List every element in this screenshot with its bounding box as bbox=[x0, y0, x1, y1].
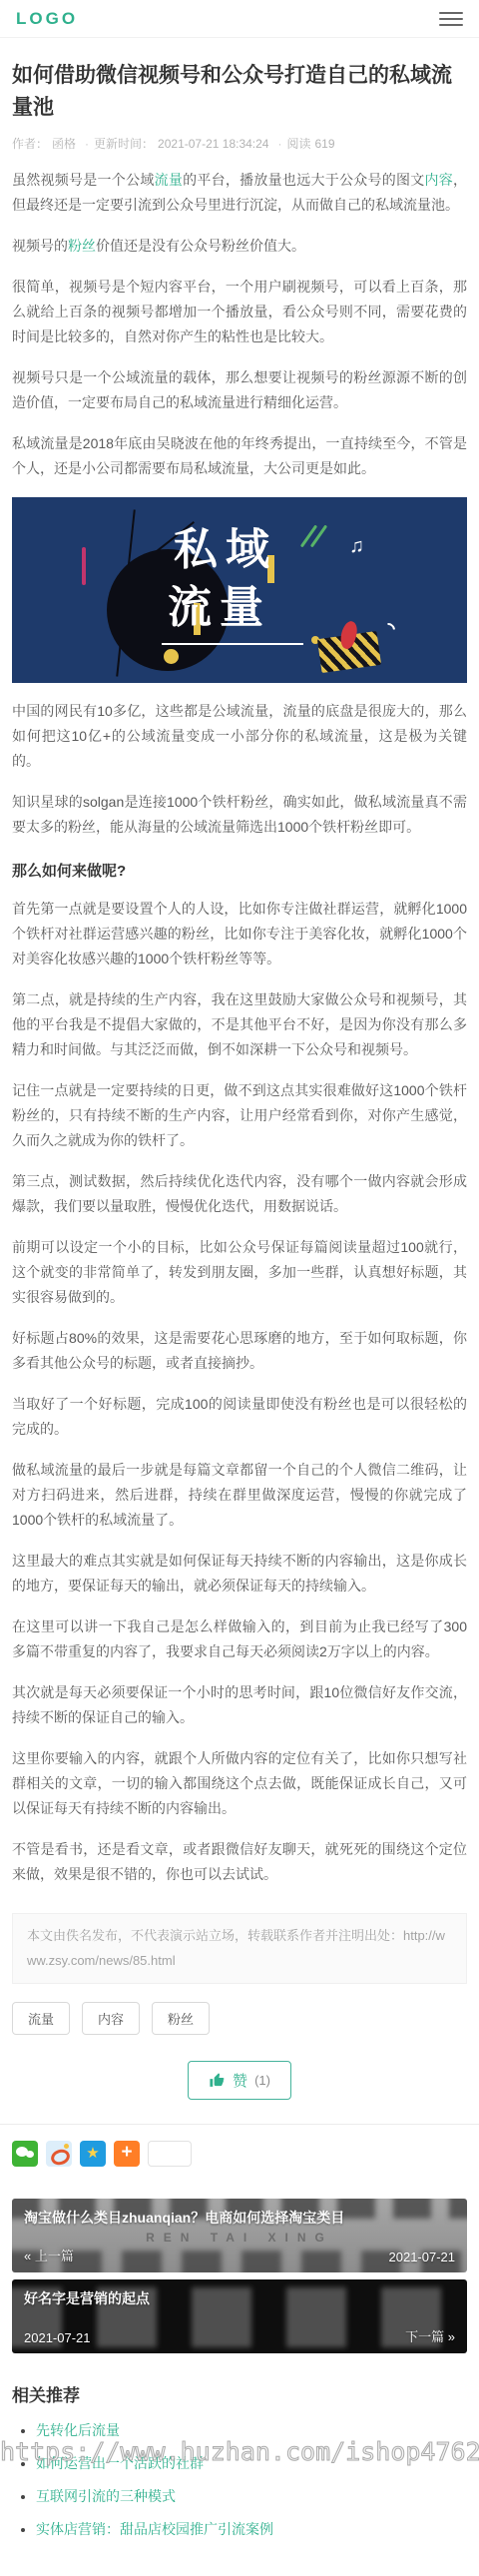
related-link[interactable]: 互联网引流的三种模式 bbox=[36, 2488, 176, 2504]
weibo-icon[interactable] bbox=[46, 2141, 72, 2167]
text-run: 前期可以设定一个小的目标，比如公众号保证每篇阅读量超过100就行，这个就变的非常… bbox=[12, 1239, 467, 1305]
tag-button[interactable]: 内容 bbox=[82, 2002, 140, 2035]
inline-keyword-link[interactable]: 粉丝 bbox=[68, 238, 96, 254]
hero-title-line2: 流量 bbox=[168, 571, 271, 635]
share-bar bbox=[0, 2125, 479, 2185]
next-article-nav[interactable]: 下一篇 » bbox=[405, 2326, 455, 2345]
menu-hamburger-icon[interactable] bbox=[439, 8, 463, 30]
list-item: 互联网引流的三种模式 bbox=[36, 2486, 467, 2506]
text-run: 价值还是没有公众号粉丝价值大。 bbox=[96, 238, 305, 254]
hero-underline-decoration bbox=[162, 643, 303, 645]
read-count: 619 bbox=[315, 137, 335, 151]
related-heading: 相关推荐 bbox=[12, 2381, 467, 2406]
inline-keyword-link[interactable]: 内容 bbox=[425, 172, 454, 188]
prev-article-date: 2021-07-21 bbox=[389, 2250, 456, 2264]
meta-dot: · bbox=[85, 137, 89, 151]
hero-arc-decoration bbox=[378, 620, 398, 640]
text-run: 记住一点就是一定要持续的日更，做不到这点其实很难做好这1000个铁杆粉丝的，只有… bbox=[12, 1082, 467, 1148]
text-run: 视频号的 bbox=[12, 238, 68, 254]
related-list: 先转化后流量如何运营出一个活跃的社群互联网引流的三种模式实体店营销：甜品店校园推… bbox=[12, 2420, 467, 2539]
text-run: 中国的网民有10多亿，这些都是公域流量，流量的底盘是很庞大的，那么如何把这10亿… bbox=[12, 703, 467, 769]
qzone-icon[interactable] bbox=[80, 2141, 106, 2167]
article-paragraph: 记住一点就是一定要持续的日更，做不到这点其实很难做好这1000个铁杆粉丝的，只有… bbox=[12, 1078, 467, 1153]
text-run: 其次就是每天必须要保证一个小时的思考时间，跟10位微信好友作交流，持续不断的保证… bbox=[12, 1684, 467, 1725]
update-time: 2021-07-21 18:34:24 bbox=[158, 137, 268, 151]
text-run: 知识星球的solgan是连接1000个铁杆粉丝，确实如此，做私域流量真不需要太多… bbox=[12, 794, 467, 835]
article-paragraph: 第二点，就是持续的生产内容，我在这里鼓励大家做公众号和视频号，其他的平台我是不提… bbox=[12, 987, 467, 1062]
article-paragraph: 中国的网民有10多亿，这些都是公域流量，流量的底盘是很庞大的，那么如何把这10亿… bbox=[12, 699, 467, 774]
prev-article-card[interactable]: REN TAI XING 淘宝做什么类目zhuanqian？电商如何选择淘宝类目… bbox=[12, 2199, 467, 2272]
related-link[interactable]: 实体店营销：甜品店校园推广引流案例 bbox=[36, 2521, 273, 2537]
text-run: 私域流量是2018年底由吴晓波在他的年终秀提出，一直持续至今，不管是个人，还是小… bbox=[12, 435, 467, 476]
wechat-icon[interactable] bbox=[12, 2141, 38, 2167]
prev-article-title: 淘宝做什么类目zhuanqian？电商如何选择淘宝类目 bbox=[24, 2208, 455, 2228]
text-run: 不管是看书，还是看文章，或者跟微信好友聊天，就死死的围绕这个定位来做，效果是很不… bbox=[12, 1841, 467, 1882]
read-label: 阅读 bbox=[286, 137, 310, 151]
text-run: 做私域流量的最后一步就是每篇文章都留一个自己的个人微信二维码，让对方扫码进来，然… bbox=[12, 1462, 467, 1528]
text-run: 这里你要输入的内容，就跟个人所做内容的定位有关了，比如你只想写社群相关的文章，一… bbox=[12, 1750, 467, 1816]
article-paragraph: 当取好了一个好标题，完成100的阅读量即使没有粉丝也是可以很轻松的完成的。 bbox=[12, 1392, 467, 1442]
next-article-title: 好名字是营销的起点 bbox=[24, 2288, 455, 2308]
article-paragraph: 不管是看书，还是看文章，或者跟微信好友聊天，就死死的围绕这个定位来做，效果是很不… bbox=[12, 1837, 467, 1887]
site-logo[interactable]: LOGO bbox=[16, 9, 78, 29]
article-paragraph: 前期可以设定一个小的目标，比如公众号保证每篇阅读量超过100就行，这个就变的非常… bbox=[12, 1235, 467, 1310]
list-item: 如何运营出一个活跃的社群 bbox=[36, 2453, 467, 2473]
article-paragraph: 好标题占80%的效果，这是需要花心思琢磨的地方，至于如何取标题，你多看其他公众号… bbox=[12, 1326, 467, 1376]
article-paragraph: 在这里可以讲一下我自己是怎么样做输入的，到目前为止我已经写了300多篇不带重复的… bbox=[12, 1614, 467, 1664]
thumbs-up-icon bbox=[209, 2072, 226, 2089]
article-paragraph: 知识星球的solgan是连接1000个铁杆粉丝，确实如此，做私域流量真不需要太多… bbox=[12, 790, 467, 840]
like-count: (1) bbox=[254, 2073, 270, 2088]
article-paragraph: 视频号只是一个公域流量的载体，那么想要让视频号的粉丝源源不断的创造价值，一定要布… bbox=[12, 365, 467, 415]
text-run: 当取好了一个好标题，完成100的阅读量即使没有粉丝也是可以很轻松的完成的。 bbox=[12, 1396, 467, 1437]
related-link[interactable]: 先转化后流量 bbox=[36, 2422, 120, 2438]
text-run: 第三点，测试数据，然后持续优化迭代内容，没有哪个一做内容就会形成爆款，我们要以量… bbox=[12, 1173, 467, 1214]
text-run: 第二点，就是持续的生产内容，我在这里鼓励大家做公众号和视频号，其他的平台我是不提… bbox=[12, 991, 467, 1057]
article-paragraph: 首先第一点就是要设置个人的人设，比如你专注做社群运营，就孵化1000个铁杆对社群… bbox=[12, 897, 467, 971]
hero-title-line1: 私域 bbox=[174, 513, 277, 577]
text-run: 的平台，播放量也远大于公众号的图文 bbox=[183, 172, 424, 188]
article-paragraph: 第三点，测试数据，然后持续优化迭代内容，没有哪个一做内容就会形成爆款，我们要以量… bbox=[12, 1169, 467, 1219]
page-title: 如何借助微信视频号和公众号打造自己的私域流量池 bbox=[12, 60, 467, 123]
site-header: LOGO bbox=[0, 0, 479, 38]
article-body: 虽然视频号是一个公域流量的平台，播放量也远大于公众号的图文内容，但最终还是一定要… bbox=[12, 168, 467, 1887]
article-paragraph: 视频号的粉丝价值还是没有公众号粉丝价值大。 bbox=[12, 234, 467, 259]
share-count-bubble bbox=[148, 2141, 192, 2167]
tag-list: 流量内容粉丝 bbox=[12, 2002, 467, 2035]
list-item: 先转化后流量 bbox=[36, 2420, 467, 2440]
like-label: 赞 bbox=[233, 2070, 247, 2091]
tag-button[interactable]: 粉丝 bbox=[152, 2002, 210, 2035]
article-meta: 作者：函格·更新时间：2021-07-21 18:34:24·阅读619 bbox=[12, 135, 467, 152]
text-run: 这里最大的难点其实就是如何保证每天持续不断的内容输出，这是你成长的地方，要保证每… bbox=[12, 1553, 467, 1594]
article-paragraph: 虽然视频号是一个公域流量的平台，播放量也远大于公众号的图文内容，但最终还是一定要… bbox=[12, 168, 467, 218]
author-name: 函格 bbox=[52, 137, 76, 151]
next-article-card[interactable]: 好名字是营销的起点 2021-07-21 下一篇 » bbox=[12, 2279, 467, 2353]
text-run: 首先第一点就是要设置个人的人设，比如你专注做社群运营，就孵化1000个铁杆对社群… bbox=[12, 901, 467, 966]
update-time-label: 更新时间： bbox=[94, 137, 154, 151]
text-run: 很简单，视频号是个短内容平台，一个用户刷视频号，可以看上百条，那么就给上百条的视… bbox=[12, 279, 467, 344]
music-note-icon: ♫ bbox=[349, 535, 364, 558]
hero-yellow-dot bbox=[164, 649, 179, 664]
meta-dot: · bbox=[277, 137, 281, 151]
inline-keyword-link[interactable]: 流量 bbox=[155, 172, 184, 188]
like-button[interactable]: 赞 (1) bbox=[188, 2061, 291, 2100]
text-run: 好标题占80%的效果，这是需要花心思琢磨的地方，至于如何取标题，你多看其他公众号… bbox=[12, 1330, 467, 1371]
next-article-date: 2021-07-21 bbox=[24, 2330, 91, 2345]
article-paragraph: 私域流量是2018年底由吴晓波在他的年终秀提出，一直持续至今，不管是个人，还是小… bbox=[12, 431, 467, 481]
copyright-notice: 本文由佚名发布，不代表演示站立场，转载联系作者并注明出处：http://www.… bbox=[12, 1913, 467, 1984]
article-paragraph: 其次就是每天必须要保证一个小时的思考时间，跟10位微信好友作交流，持续不断的保证… bbox=[12, 1680, 467, 1730]
prev-article-nav[interactable]: « 上一篇 bbox=[24, 2246, 74, 2264]
prev-card-bg-caption: REN TAI XING bbox=[12, 2231, 467, 2245]
author-label: 作者： bbox=[12, 137, 48, 151]
text-run: 视频号只是一个公域流量的载体，那么想要让视频号的粉丝源源不断的创造价值，一定要布… bbox=[12, 369, 467, 410]
related-link[interactable]: 如何运营出一个活跃的社群 bbox=[36, 2455, 204, 2471]
article-paragraph: 很简单，视频号是个短内容平台，一个用户刷视频号，可以看上百条，那么就给上百条的视… bbox=[12, 275, 467, 349]
list-item: 实体店营销：甜品店校园推广引流案例 bbox=[36, 2519, 467, 2539]
hero-pink-bar-decoration bbox=[82, 547, 86, 585]
article-paragraph: 做私域流量的最后一步就是每篇文章都留一个自己的个人微信二维码，让对方扫码进来，然… bbox=[12, 1458, 467, 1533]
article-hero-image: 私域 流量 ♫ bbox=[12, 497, 467, 683]
article-paragraph: 这里你要输入的内容，就跟个人所做内容的定位有关了，比如你只想写社群相关的文章，一… bbox=[12, 1746, 467, 1821]
article-subheading: 那么如何来做呢? bbox=[12, 860, 467, 881]
text-run: 在这里可以讲一下我自己是怎么样做输入的，到目前为止我已经写了300多篇不带重复的… bbox=[12, 1618, 467, 1659]
share-more-icon[interactable] bbox=[114, 2141, 140, 2167]
tag-button[interactable]: 流量 bbox=[12, 2002, 70, 2035]
text-run: 虽然视频号是一个公域 bbox=[12, 172, 155, 188]
article-paragraph: 这里最大的难点其实就是如何保证每天持续不断的内容输出，这是你成长的地方，要保证每… bbox=[12, 1549, 467, 1599]
